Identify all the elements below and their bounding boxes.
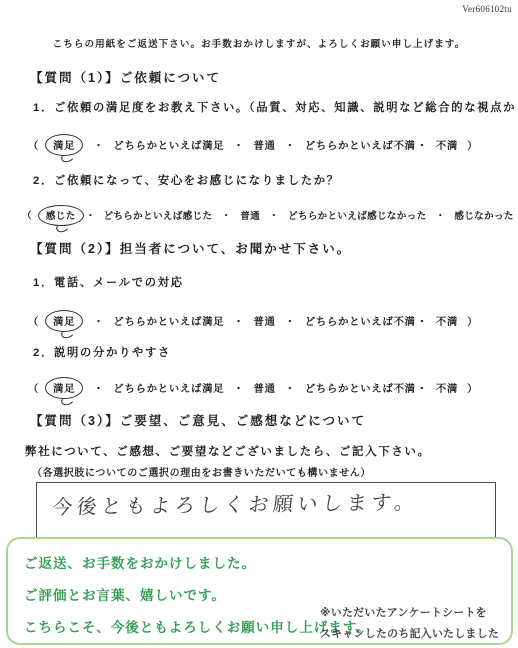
paren-close: ） xyxy=(467,384,478,395)
free-response-prompt: 弊社について、ご感想、ご要望などございましたら、ご記入下さい。 xyxy=(25,443,431,459)
section-1-header: 【質問（1）】ご依頼について xyxy=(30,68,221,86)
option: どちらかといえば満足 xyxy=(113,384,224,395)
option: どちらかといえば感じなかった xyxy=(288,211,427,222)
option: どちらかといえば満足 xyxy=(113,141,224,152)
handwritten-answer: 今後ともよろしくお願いします。 xyxy=(51,486,421,520)
survey-sheet-page: Ver606102tu こちらの用紙をご返送下さい。お手数おかけしますが、よろし… xyxy=(0,0,518,648)
handdrawn-circle-mark: 満足 xyxy=(45,310,83,332)
option-separator: ・ xyxy=(93,317,104,328)
paren-close: ） xyxy=(467,317,478,328)
paren-open: （ xyxy=(22,211,32,222)
option-separator: ・ xyxy=(435,211,445,222)
handdrawn-circle-mark: 感じた xyxy=(38,205,84,226)
option: どちらかといえば満足 xyxy=(113,317,224,328)
option-separator: ・ xyxy=(417,141,428,152)
paren-close: ） xyxy=(467,141,478,152)
scan-note-line: スキャンしたのち記入いたしました xyxy=(320,626,499,641)
option-separator: ・ xyxy=(285,384,296,395)
option: 普通 xyxy=(254,384,276,395)
question-2-2-label: 2．説明の分かりやすさ xyxy=(33,344,171,360)
reply-line: ご返送、お手数をおかけしました。 xyxy=(24,552,256,572)
handdrawn-circle-mark: 満足 xyxy=(45,134,83,156)
free-response-note: （各選択肢についてのご選択の理由をお書きいただいても構いません） xyxy=(32,464,371,479)
paren-open: （ xyxy=(28,317,39,328)
option: 不満 xyxy=(436,384,458,395)
option-separator: ・ xyxy=(86,211,96,222)
option-selected: 満足 xyxy=(53,141,75,152)
return-instruction: こちらの用紙をご返送下さい。お手数おかけしますが、よろしくお願い申し上げます。 xyxy=(0,36,518,50)
option-separator: ・ xyxy=(285,317,296,328)
option: どちらかといえば感じた xyxy=(104,211,213,222)
paren-open: （ xyxy=(28,141,39,152)
option-selected: 感じた xyxy=(46,211,76,222)
option-selected: 満足 xyxy=(53,317,75,328)
question-1-2-options-row: （感じた・どちらかといえば感じた・普通・どちらかといえば感じなかった・感じなかっ… xyxy=(22,205,518,226)
question-1-1-label: 1．ご依頼の満足度をお教え下さい。（品質、対応、知識、説明など総合的な視点から） xyxy=(33,99,518,115)
option-separator: ・ xyxy=(233,384,244,395)
option-selected: 満足 xyxy=(53,384,75,395)
option-separator: ・ xyxy=(233,141,244,152)
question-1-1-options-row: （満足・どちらかといえば満足・普通・どちらかといえば不満・不満） xyxy=(28,134,478,156)
company-reply-box: ご返送、お手数をおかけしました。 ご評価とお言葉、嬉しいです。 こちらこそ、今後… xyxy=(6,537,513,645)
option-separator: ・ xyxy=(417,317,428,328)
section-2-header: 【質問（2）】担当者について、お聞かせ下さい。 xyxy=(30,239,351,257)
scan-note-line: ※いただいたアンケートシートを xyxy=(320,605,487,620)
option-separator: ・ xyxy=(285,141,296,152)
reply-line: ご評価とお言葉、嬉しいです。 xyxy=(24,584,226,604)
option-separator: ・ xyxy=(417,384,428,395)
option: 普通 xyxy=(240,211,260,222)
option: 不満 xyxy=(436,141,458,152)
question-1-2-label: 2．ご依頼になって、安心をお感じになりましたか？ xyxy=(33,172,340,188)
option: どちらかといえば不満 xyxy=(305,141,416,152)
paren-open: （ xyxy=(28,384,39,395)
option: どちらかといえば不満 xyxy=(305,384,416,395)
question-2-1-label: 1．電話、メールでの対応 xyxy=(33,274,184,290)
option: 普通 xyxy=(254,317,276,328)
option: 感じなかった xyxy=(454,211,513,222)
option-separator: ・ xyxy=(269,211,279,222)
option-separator: ・ xyxy=(93,141,104,152)
option: どちらかといえば不満 xyxy=(305,317,416,328)
option-separator: ・ xyxy=(233,317,244,328)
question-2-1-options-row: （満足・どちらかといえば満足・普通・どちらかといえば不満・不満） xyxy=(28,310,478,332)
reply-line: こちらこそ、今後ともよろしくお願い申し上げます。 xyxy=(24,616,371,636)
option: 不満 xyxy=(436,317,458,328)
question-2-2-options-row: （満足・どちらかといえば満足・普通・どちらかといえば不満・不満） xyxy=(28,377,478,399)
handdrawn-circle-mark: 満足 xyxy=(45,377,83,399)
option-separator: ・ xyxy=(93,384,104,395)
option: 普通 xyxy=(254,141,276,152)
version-label: Ver606102tu xyxy=(462,4,512,14)
section-3-header: 【質問（3）】ご要望、ご意見、ご感想などについて xyxy=(30,411,366,429)
option-separator: ・ xyxy=(221,211,231,222)
